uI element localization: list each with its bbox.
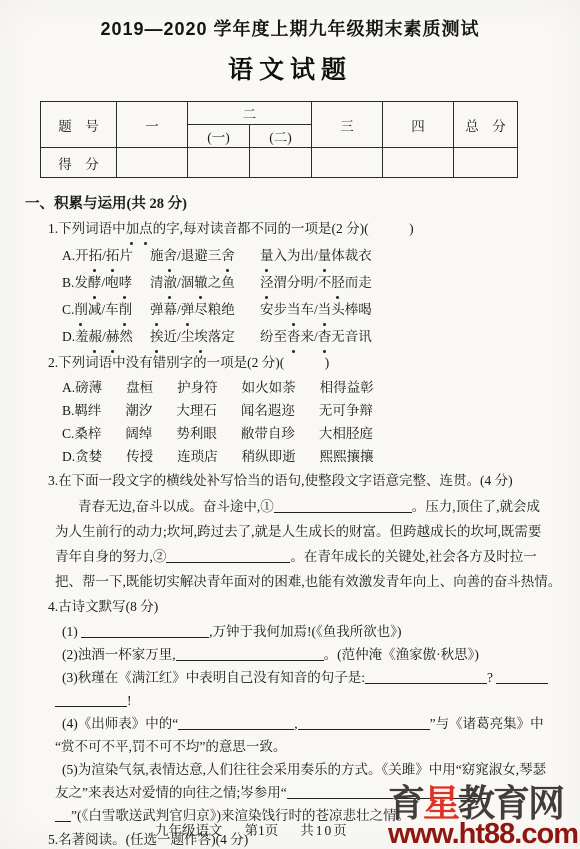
q4-item-5-line1: (5)为渲染气氛,表情达意,人们往往会采用奏乐的方式。《关雎》中用“窈窕淑女,琴… bbox=[62, 758, 580, 781]
q2-options: A.磅薄盘桓护身符如火如荼相得益彰 B.羁绊潮汐大理石闻名遐迩无可争辩 C.桑梓… bbox=[0, 376, 580, 468]
option-item: 稍纵即逝 bbox=[242, 445, 296, 468]
item-text: 。(范仲淹《渔家傲·秋思》) bbox=[324, 647, 479, 662]
option-item: 连琐店 bbox=[177, 445, 218, 468]
option-item: 施舍/退避三舍 bbox=[150, 242, 260, 269]
item-text: (2)浊酒一杯家万里, bbox=[62, 647, 176, 662]
option-item: 纷至沓来/杳无音讯 bbox=[260, 329, 372, 344]
option-item: 潮汐 bbox=[125, 399, 152, 422]
watermark-site-name: 育星教育网 bbox=[388, 785, 578, 822]
section-heading: 一、积累与运用(共 28 分) bbox=[25, 192, 580, 216]
option-item: 开拓/拓片 bbox=[75, 248, 133, 263]
q1-option-b: B.发酵/咆哮清澈/涸辙之鱼泾渭分明/不胫而走 bbox=[62, 269, 580, 296]
q4-stem: 4.古诗文默写(8 分) bbox=[48, 594, 580, 620]
exam-paper-page: 2019—2020 学年度上期九年级期末素质测试 语文试题 题 号 一 二 三 … bbox=[0, 0, 580, 849]
answer-blank bbox=[365, 670, 487, 684]
paragraph-text: 青春无边,奋斗以成。奋斗途中,① bbox=[78, 499, 274, 514]
q1-option-a: A.开拓/拓片施舍/退避三舍量入为出/量体裁衣 bbox=[62, 242, 580, 269]
answer-blank bbox=[178, 716, 294, 730]
score-cell-two-sub1 bbox=[188, 148, 250, 178]
page-footer: 九年级语文第1页共10页 bbox=[155, 819, 349, 839]
option-item: 闻名遐迩 bbox=[241, 399, 295, 422]
option-item: 传授 bbox=[126, 445, 153, 468]
option-item: 盘桓 bbox=[126, 376, 153, 399]
score-table: 题 号 一 二 三 四 总 分 (一) (二) 得 分 bbox=[40, 101, 518, 178]
score-cell-three bbox=[312, 148, 383, 178]
item-text: ! bbox=[127, 693, 132, 708]
option-label-item: A.开拓/拓片 bbox=[62, 242, 150, 269]
q4-item-3-line2: ! bbox=[55, 689, 580, 712]
option-item: 安步当车/当头棒喝 bbox=[260, 302, 372, 317]
option-item: 挨近/尘埃落定 bbox=[150, 323, 260, 350]
option-item: 势利眼 bbox=[176, 422, 217, 445]
option-item: 削减/车削 bbox=[74, 302, 132, 317]
option-item: 贪婪 bbox=[75, 445, 102, 468]
item-text: (4)《出师表》中的“ bbox=[62, 716, 178, 731]
option-label: B. bbox=[62, 275, 74, 290]
q4-item-4-line1: (4)《出师表》中的“,”与《诸葛亮集》中 bbox=[62, 712, 580, 735]
footer-total-pages: 共10页 bbox=[300, 823, 349, 838]
answer-blank bbox=[298, 716, 430, 730]
item-text: (3)秋瑾在《满江红》中表明自己没有知音的句子是: bbox=[62, 670, 365, 685]
answer-blank bbox=[176, 647, 324, 661]
q1-option-c: C.削减/车削弹幕/弹尽粮绝安步当车/当头棒喝 bbox=[62, 296, 580, 323]
q4-item-1: (1) ,万钟于我何加焉!(《鱼我所欲也》) bbox=[62, 620, 580, 643]
q1-option-d: D.羞赧/赫然挨近/尘埃落定纷至沓来/杳无音讯 bbox=[62, 323, 580, 350]
q4-item-2: (2)浊酒一杯家万里,。(范仲淹《渔家傲·秋思》) bbox=[62, 643, 580, 666]
answer-blank bbox=[81, 624, 209, 638]
option-label: C. bbox=[62, 302, 74, 317]
option-label: B. bbox=[62, 403, 74, 418]
option-label: D. bbox=[62, 329, 75, 344]
option-item: 清澈/涸辙之鱼 bbox=[150, 269, 260, 296]
q2-stem: 2.下列词语中没有错别字的一项是(2 分)( ) bbox=[48, 350, 580, 376]
score-cell-two-sub2 bbox=[250, 148, 312, 178]
exam-subject-title: 语文试题 bbox=[0, 50, 580, 86]
q3-stem: 3.在下面一段文字的横线处补写恰当的语句,使整段文字语意完整、连贯。(4 分) bbox=[48, 468, 580, 494]
watermark: 育星教育网 www.ht88.com bbox=[388, 785, 578, 849]
item-text: 友之”来表达对爱情的向往之情;岑参用“ bbox=[55, 785, 287, 800]
answer-blank bbox=[55, 808, 71, 822]
score-cell-one bbox=[117, 148, 188, 178]
answer-blank bbox=[55, 693, 127, 707]
option-item: 泾渭分明/不胫而走 bbox=[260, 275, 372, 290]
answer-blank bbox=[287, 785, 393, 799]
score-table-col-three: 三 bbox=[312, 102, 383, 148]
q3-line-2: 为人生前行的动力;坎坷,跨过去了,就是人生成长的财富。但跨越成长的坎坷,既需要 bbox=[55, 519, 580, 544]
option-item: 弹幕/弹尽粮绝 bbox=[150, 296, 260, 323]
footer-course: 九年级语文 bbox=[155, 823, 223, 838]
option-item: 如火如荼 bbox=[242, 376, 296, 399]
q2-option-a: A.磅薄盘桓护身符如火如荼相得益彰 bbox=[62, 376, 580, 399]
watermark-url: www.ht88.com bbox=[388, 820, 578, 849]
score-table-col-two-sub2: (二) bbox=[250, 125, 312, 148]
q4-item-3-line1: (3)秋瑾在《满江红》中表明自己没有知音的句子是:? bbox=[62, 666, 580, 689]
score-cell-total bbox=[454, 148, 518, 178]
q1-options: A.开拓/拓片施舍/退避三舍量入为出/量体裁衣 B.发酵/咆哮清澈/涸辙之鱼泾渭… bbox=[0, 242, 580, 350]
answer-blank bbox=[496, 670, 548, 684]
paragraph-text: 。压力,顶住了,就会成 bbox=[412, 499, 540, 514]
item-text: (1) bbox=[62, 624, 78, 639]
item-text: ? bbox=[487, 670, 493, 685]
option-label-item: D.羞赧/赫然 bbox=[62, 323, 150, 350]
option-item: 无可争辩 bbox=[319, 399, 373, 422]
score-table-col-four: 四 bbox=[383, 102, 454, 148]
option-item: 羞赧/赫然 bbox=[75, 329, 133, 344]
footer-page-number: 第1页 bbox=[245, 823, 279, 838]
score-table-col-two: 二 bbox=[188, 102, 312, 125]
score-cell-four bbox=[383, 148, 454, 178]
option-item: 熙熙攘攘 bbox=[320, 445, 374, 468]
score-row-label: 得 分 bbox=[41, 148, 117, 178]
option-item: 大相胫庭 bbox=[319, 422, 373, 445]
q2-option-c: C.桑梓阔绰势利眼敝带自珍大相胫庭 bbox=[62, 422, 580, 445]
q4-item-4-line2: “赏不可不平,罚不可不均”的意思一致。 bbox=[55, 735, 580, 758]
option-label: D. bbox=[62, 449, 75, 464]
paragraph-text: 。在青年成长的关键处,社会各方及时拉一 bbox=[290, 549, 536, 564]
option-item: 大理石 bbox=[176, 399, 217, 422]
q3-line-3: 青年自身的努力,②。在青年成长的关键处,社会各方及时拉一 bbox=[55, 544, 580, 569]
option-label-item: C.削减/车削 bbox=[62, 296, 150, 323]
score-table-col-one: 一 bbox=[117, 102, 188, 148]
q1-stem: 1.下列词语中加点的字,每对读音都不同的一项是(2 分)( ) bbox=[48, 216, 580, 242]
option-label-item: B.发酵/咆哮 bbox=[62, 269, 150, 296]
answer-blank bbox=[274, 499, 412, 513]
q3-line-1: 青春无边,奋斗以成。奋斗途中,①。压力,顶住了,就会成 bbox=[78, 494, 580, 519]
answer-blank bbox=[166, 549, 290, 563]
q2-option-b: B.羁绊潮汐大理石闻名遐迩无可争辩 bbox=[62, 399, 580, 422]
score-table-corner-label: 题 号 bbox=[41, 102, 117, 148]
option-item: 护身符 bbox=[177, 376, 218, 399]
option-item: 敝带自珍 bbox=[241, 422, 295, 445]
option-label: A. bbox=[62, 248, 75, 263]
option-item: 量入为出/量体裁衣 bbox=[260, 248, 372, 263]
q3-line-4: 把、帮一下,既能切实解决青年面对的困难,也能有效激发青年向上、向善的奋斗热情。 bbox=[55, 569, 580, 594]
item-text: ,万钟于我何加焉!(《鱼我所欲也》) bbox=[209, 624, 401, 639]
exam-session-title: 2019—2020 学年度上期九年级期末素质测试 bbox=[0, 0, 580, 41]
option-item: 桑梓 bbox=[74, 422, 101, 445]
option-item: 磅薄 bbox=[75, 376, 102, 399]
paragraph-text: 青年自身的努力,② bbox=[55, 549, 166, 564]
option-label: A. bbox=[62, 380, 75, 395]
option-item: 阔绰 bbox=[125, 422, 152, 445]
option-item: 相得益彰 bbox=[320, 376, 374, 399]
option-item: 发酵/咆哮 bbox=[74, 275, 132, 290]
score-table-col-total: 总 分 bbox=[454, 102, 518, 148]
option-item: 羁绊 bbox=[74, 399, 101, 422]
option-label: C. bbox=[62, 426, 74, 441]
item-text: ”与《诸葛亮集》中 bbox=[430, 716, 544, 731]
q2-option-d: D.贪婪传授连琐店稍纵即逝熙熙攘攘 bbox=[62, 445, 580, 468]
score-table-col-two-sub1: (一) bbox=[188, 125, 250, 148]
q3-paragraph: 青春无边,奋斗以成。奋斗途中,①。压力,顶住了,就会成 为人生前行的动力;坎坷,… bbox=[0, 494, 580, 594]
